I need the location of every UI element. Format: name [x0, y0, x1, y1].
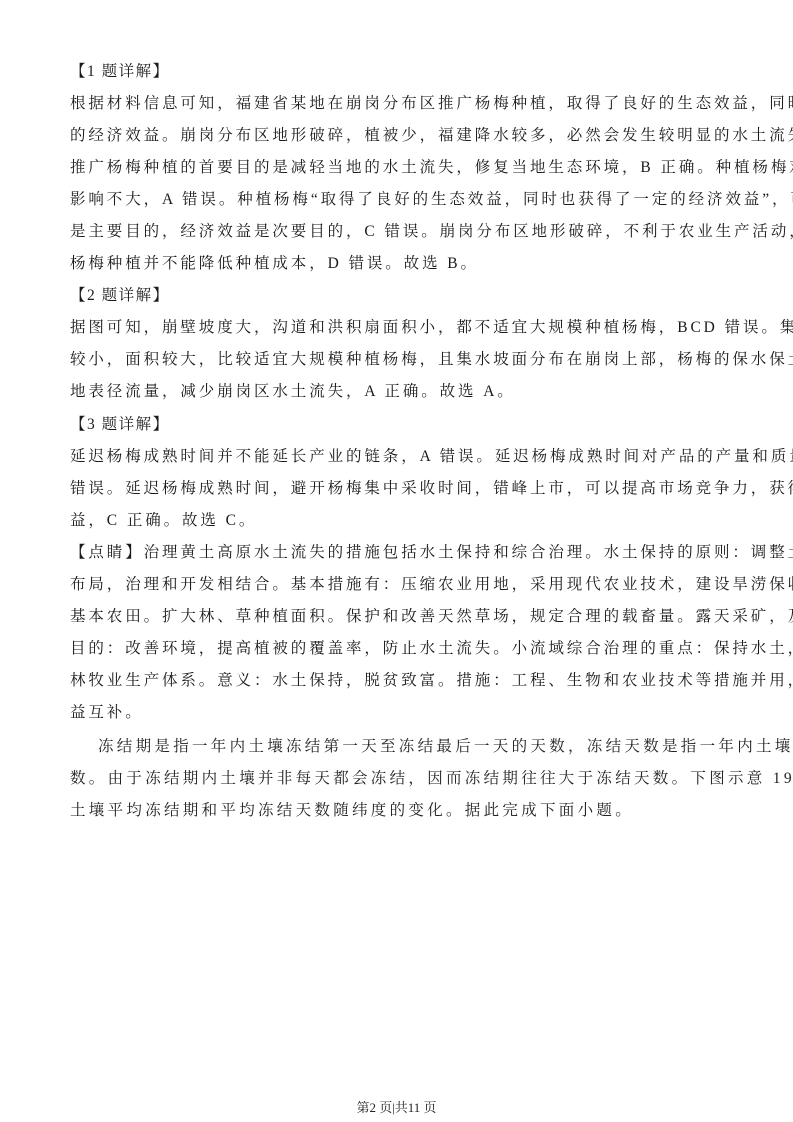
section-heading-q3: 【3 题详解】: [70, 415, 170, 435]
material-line: 冻结期是指一年内土壤冻结第一天至冻结最后一天的天数，冻结天数是指一年内土壤发生冻…: [98, 737, 793, 757]
section-heading-q2: 【2 题详解】: [70, 286, 170, 306]
paragraph-line: 错误。延迟杨梅成熟时间，避开杨梅集中采收时间，错峰上市，可以提高市场竞争力，获得…: [70, 479, 793, 499]
paragraph-line: 根据材料信息可知，福建省某地在崩岗分布区推广杨梅种植，取得了良好的生态效益，同时…: [70, 94, 793, 114]
paragraph-line: 的经济效益。崩岗分布区地形破碎，植被少，福建降水较多，必然会发生较明显的水土流失…: [70, 126, 793, 146]
tip-line: 益互补。: [70, 703, 144, 723]
paragraph-line: 影响不大，A 错误。种植杨梅“取得了良好的生态效益，同时也获得了一定的经济效益”…: [70, 190, 793, 210]
tip-line: 【点睛】治理黄土高原水土流失的措施包括水土保持和综合治理。水土保持的原则：调整土…: [70, 543, 793, 563]
tip-line: 基本农田。扩大林、草种植面积。保护和改善天然草场，规定合理的载畜量。露天采矿，及…: [70, 607, 793, 627]
paragraph-line: 益，C 正确。故选 C。: [70, 511, 257, 531]
tip-line: 布局，治理和开发相结合。基本措施有：压缩农业用地，采用现代农业技术，建设旱涝保收…: [70, 575, 793, 595]
paragraph-line: 较小，面积较大，比较适宜大规模种植杨梅，且集水坡面分布在崩岗上部，杨梅的保水保土…: [70, 350, 793, 370]
paragraph-line: 据图可知，崩壁坡度大，沟道和洪积扇面积小，都不适宜大规模种植杨梅，BCD 错误。…: [70, 318, 793, 338]
paragraph-line: 是主要目的，经济效益是次要目的，C 错误。崩岗分布区地形破碎，不利于农业生产活动…: [70, 222, 793, 242]
material-line: 数。由于冻结期内土壤并非每天都会冻结，因而冻结期往往大于冻结天数。下图示意 19…: [70, 769, 793, 789]
page-indicator: 第2 页|共11 页: [0, 1097, 793, 1116]
material-line: 土壤平均冻结期和平均冻结天数随纬度的变化。据此完成下面小题。: [70, 801, 634, 821]
paragraph-line: 推广杨梅种植的首要目的是减轻当地的水土流失，修复当地生态环境，B 正确。种植杨梅…: [70, 158, 793, 178]
tip-line: 目的：改善环境，提高植被的覆盖率，防止水土流失。小流域综合治理的重点：保持水土，…: [70, 639, 793, 659]
paragraph-line: 延迟杨梅成熟时间并不能延长产业的链条，A 错误。延迟杨梅成熟时间对产品的产量和质…: [70, 447, 793, 467]
paragraph-line: 地表径流量，减少崩岗区水土流失，A 正确。故选 A。: [70, 382, 516, 402]
paragraph-line: 杨梅种植并不能降低种植成本，D 错误。故选 B。: [70, 254, 479, 274]
section-heading-q1: 【1 题详解】: [70, 62, 170, 82]
tip-line: 林牧业生产体系。意义：水土保持，脱贫致富。措施：工程、生物和农业技术等措施并用，…: [70, 671, 793, 691]
